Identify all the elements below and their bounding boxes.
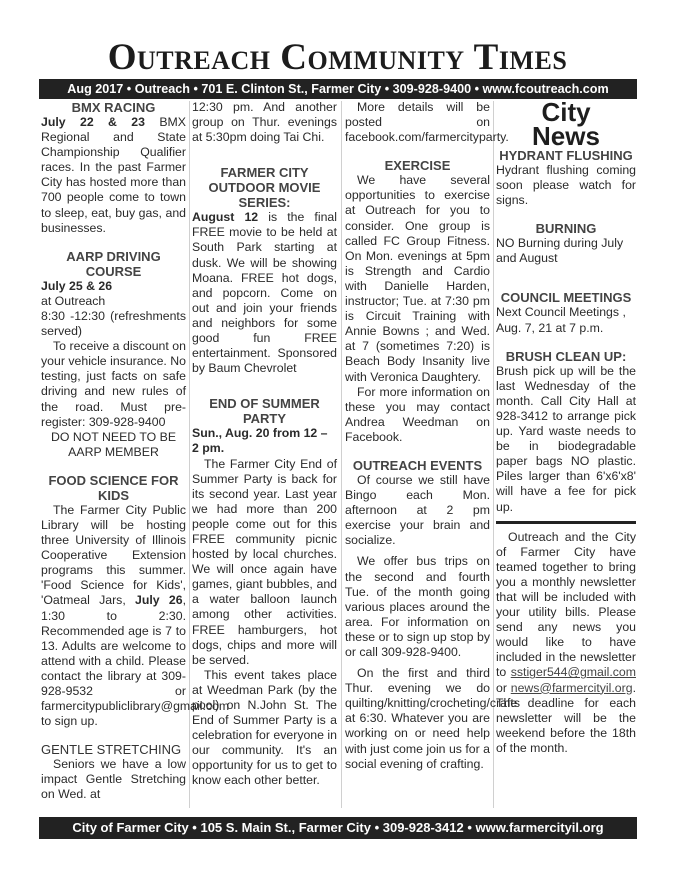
aarp-heading: AARP DRIVING COURSE bbox=[41, 249, 186, 279]
food-science-heading: FOOD SCIENCE FOR KIDS bbox=[41, 473, 186, 503]
exercise-heading: EXERCISE bbox=[345, 158, 490, 173]
summer-party-continued: More details will be posted on facebook.… bbox=[345, 100, 490, 145]
aarp-note: DO NOT NEED TO BE AARP MEMBER bbox=[41, 430, 186, 460]
gentle-stretching-body: Seniors we have a low impact Gentle Stre… bbox=[41, 757, 186, 802]
section-rule bbox=[496, 521, 636, 524]
hydrant-body: Hydrant flushing coming soon please watc… bbox=[496, 163, 636, 208]
summer-party-date: Sun., Aug. 20 from 12 – 2 pm. bbox=[192, 426, 328, 455]
email-link-2[interactable]: news@farmercityil.org bbox=[511, 681, 633, 695]
gentle-stretching-continued: 12:30 pm. And another group on Thur. eve… bbox=[192, 100, 337, 145]
brush-body: Brush pick up will be the last Wednesday… bbox=[496, 364, 636, 515]
summer-party-body-2: This event takes place at Weedman Park (… bbox=[192, 668, 337, 789]
email-link-1[interactable]: sstiger544@gmail.com bbox=[511, 665, 636, 679]
column-3: More details will be posted on facebook.… bbox=[345, 100, 490, 772]
brush-heading: BRUSH CLEAN UP: bbox=[496, 349, 636, 364]
gentle-stretching-heading: GENTLE STRETCHING bbox=[41, 742, 186, 757]
masthead-info-bar: Aug 2017 • Outreach • 701 E. Clinton St.… bbox=[39, 79, 637, 99]
movie-series-body: August 12 is the final FREE movie to be … bbox=[192, 210, 337, 376]
burning-heading: BURNING bbox=[496, 221, 636, 236]
masthead-title: Outreach Community Times bbox=[0, 38, 675, 78]
bmx-article: July 22 & 23 BMX Regional and State Cham… bbox=[41, 115, 186, 236]
aarp-date: July 25 & 26 bbox=[41, 279, 112, 293]
column-1: BMX RACING July 22 & 23 BMX Regional and… bbox=[41, 100, 186, 803]
summer-party-body-1: The Farmer City End of Summer Party is b… bbox=[192, 457, 337, 668]
column-4-city-news: City News HYDRANT FLUSHING Hydrant flush… bbox=[496, 100, 636, 756]
aarp-time: 8:30 -12:30 (refreshments served) bbox=[41, 309, 186, 339]
hydrant-heading: HYDRANT FLUSHING bbox=[496, 148, 636, 163]
bmx-heading: BMX RACING bbox=[41, 100, 186, 115]
outreach-events-body-1: Of course we still have Bingo each Mon. … bbox=[345, 473, 490, 548]
outreach-events-body-3: On the first and third Thur. evening we … bbox=[345, 666, 490, 772]
outreach-events-heading: OUTREACH EVENTS bbox=[345, 458, 490, 473]
food-science-body: The Farmer City Public Library will be h… bbox=[41, 503, 186, 729]
column-2: 12:30 pm. And another group on Thur. eve… bbox=[192, 100, 337, 789]
outreach-events-body-2: We offer bus trips on the second and fou… bbox=[345, 554, 490, 660]
exercise-body-1: We have several opportunities to exercis… bbox=[345, 173, 490, 384]
newsletter-body: Outreach and the City of Farmer City hav… bbox=[496, 530, 636, 756]
aarp-body: To receive a discount on your vehicle in… bbox=[41, 339, 186, 430]
column-divider bbox=[341, 101, 342, 808]
footer-info-bar: City of Farmer City • 105 S. Main St., F… bbox=[39, 817, 637, 839]
aarp-location: at Outreach bbox=[41, 294, 186, 309]
city-news-title: City News bbox=[496, 100, 636, 148]
burning-body: NO Burning during July and August bbox=[496, 236, 636, 266]
council-heading: COUNCIL MEETINGS bbox=[496, 290, 636, 305]
summer-party-heading: END OF SUMMER PARTY bbox=[192, 396, 337, 426]
council-body: Next Council Meetings , Aug. 7, 21 at 7 … bbox=[496, 305, 636, 335]
exercise-body-2: For more information on these you may co… bbox=[345, 385, 490, 445]
movie-series-heading: FARMER CITY OUTDOOR MOVIE SERIES: bbox=[192, 165, 337, 210]
